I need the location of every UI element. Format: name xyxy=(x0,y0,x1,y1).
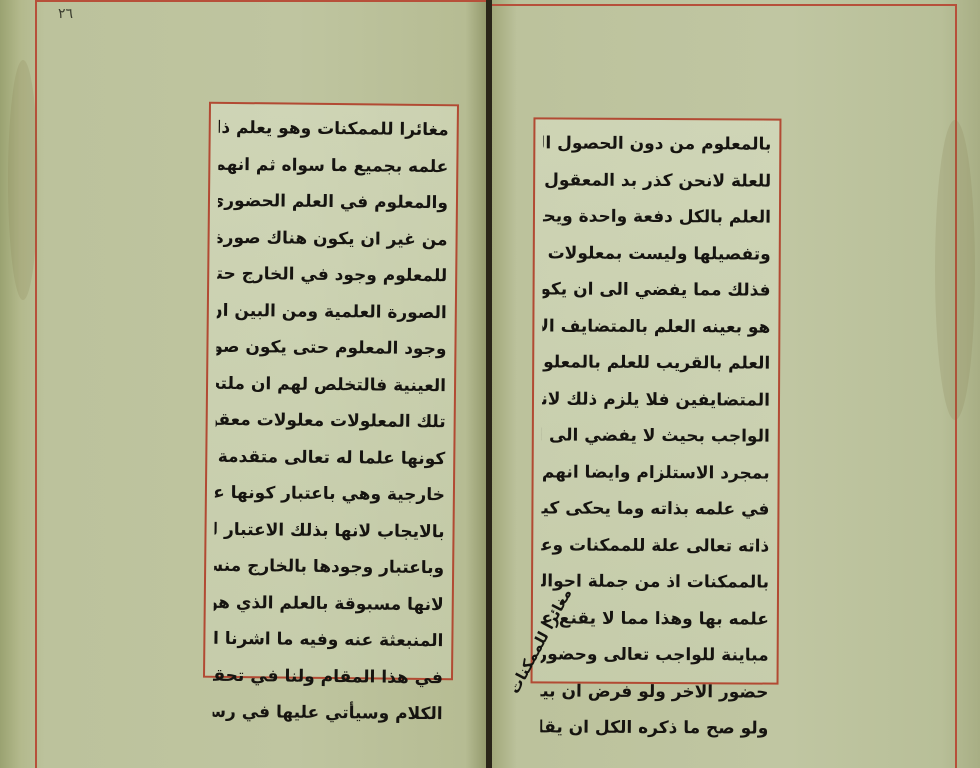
text-line: وجود المعلوم حتى يكون صورتها العينية منط… xyxy=(216,329,446,368)
right-top-rule xyxy=(492,4,957,6)
text-line: علمه بجميع ما سواه ثم انهم ذكروا ان علمه… xyxy=(218,146,448,185)
text-line: فذلك مما يفضي الى ان يكون العلم باحد الم… xyxy=(542,271,770,309)
text-line: كونها علما له تعالى متقدمة عليها باعتبار… xyxy=(215,438,445,477)
left-text-block: مغائرا للممكنات وهو يعلم ذاته مع جميع اح… xyxy=(213,110,449,672)
text-line: خارجية وهي باعتبار كونها علما له تعالى م… xyxy=(215,475,445,514)
text-line: بالايجاب لانها بذلك الاعتبار ليس مسبوقا … xyxy=(214,511,444,550)
text-line: بالمعلوم من دون الحصول المعلوم وصورته تا… xyxy=(543,125,771,163)
text-line: ذاته تعالى علة للممكنات وعلمه بذاته علة … xyxy=(541,527,769,565)
text-line: العينية فالتخلص لهم ان ملتجئ الى ما ذكرن… xyxy=(216,365,446,404)
text-line: الصورة العلمية ومن البين ان وجود العلة ل… xyxy=(217,292,447,331)
text-line: الواجب بحيث لا يفضي الى الكثرة في صفاته … xyxy=(542,417,770,455)
text-line: في هذا المقام ولنا في تحقيق مذهبهم كلام … xyxy=(213,657,443,696)
text-line: الكلام وسيأتي عليها في رسالة مفردة ان وف… xyxy=(212,694,442,733)
text-line: العلم بالكل دفعة واحدة ويحصل العلم معين … xyxy=(543,198,771,236)
text-line: مباينة للواجب تعالى وحضور احد المتباينين… xyxy=(541,636,769,674)
text-line: مغائرا للممكنات وهو يعلم ذاته مع جميع اح… xyxy=(219,110,449,149)
text-line: بمجرد الاستلزام وايضا انهم ذكروا ان علم … xyxy=(542,454,770,492)
text-line: المنبعثة عنه وفيه ما اشرنا اليه سابقا هذ… xyxy=(213,621,443,660)
text-line: من غير ان يكون هناك صورة اخرى فلا بد ان … xyxy=(217,219,447,258)
page-number: ٢٦ xyxy=(58,6,73,22)
text-line: العلم بالقريب للعلم بالمعلول كما هو المش… xyxy=(542,344,770,382)
text-line: لانها مسبوقة بالعلم الذي هو مغائر لها با… xyxy=(214,584,444,623)
text-line: تلك المعلولات معلولات معقولة بذواتها وهي… xyxy=(215,402,445,441)
text-line: حضور الاخر ولو فرض ان بينهما نسبة من الع… xyxy=(540,673,768,711)
text-line: في علمه بذاته وما يحكى كيفية الانطواء ال… xyxy=(541,490,769,528)
text-line: هو بعينه العلم بالمتضايف الاخر ولا يخفى … xyxy=(542,308,770,346)
left-top-rule xyxy=(37,0,486,2)
book-gutter xyxy=(486,0,492,768)
text-line: بالممكنات اذ من جملة احواله كونه مبدأ له… xyxy=(541,563,769,601)
text-line: ولو صح ما ذكره الكل ان يقال ان من جملة ا… xyxy=(540,709,768,747)
text-line: للعلة لانحن كذر بد المعقول من العلم الاج… xyxy=(543,162,771,200)
text-line: علمه بها وهذا مما لا يقنع عليه ذو فطنة ل… xyxy=(541,600,769,638)
left-text-frame: مغائرا للممكنات وهو يعلم ذاته مع جميع اح… xyxy=(203,102,459,681)
paper-stain xyxy=(8,60,38,300)
text-line: المتضايفين فلا يلزم ذلك لانا نريد ان نحق… xyxy=(542,381,770,419)
text-line: وتفصيلها وليست بمعلولات مما يحصل اليها ا… xyxy=(543,235,771,273)
text-line: للمعلوم وجود في الخارج حتى يكون الصورة ا… xyxy=(217,256,447,295)
paper-stain xyxy=(935,120,975,420)
text-line: والمعلوم في العلم الحضوري هو بعينه الصور… xyxy=(218,183,448,222)
text-line: وباعتبار وجودها بالخارج منسوبة اليه تعال… xyxy=(214,548,444,587)
